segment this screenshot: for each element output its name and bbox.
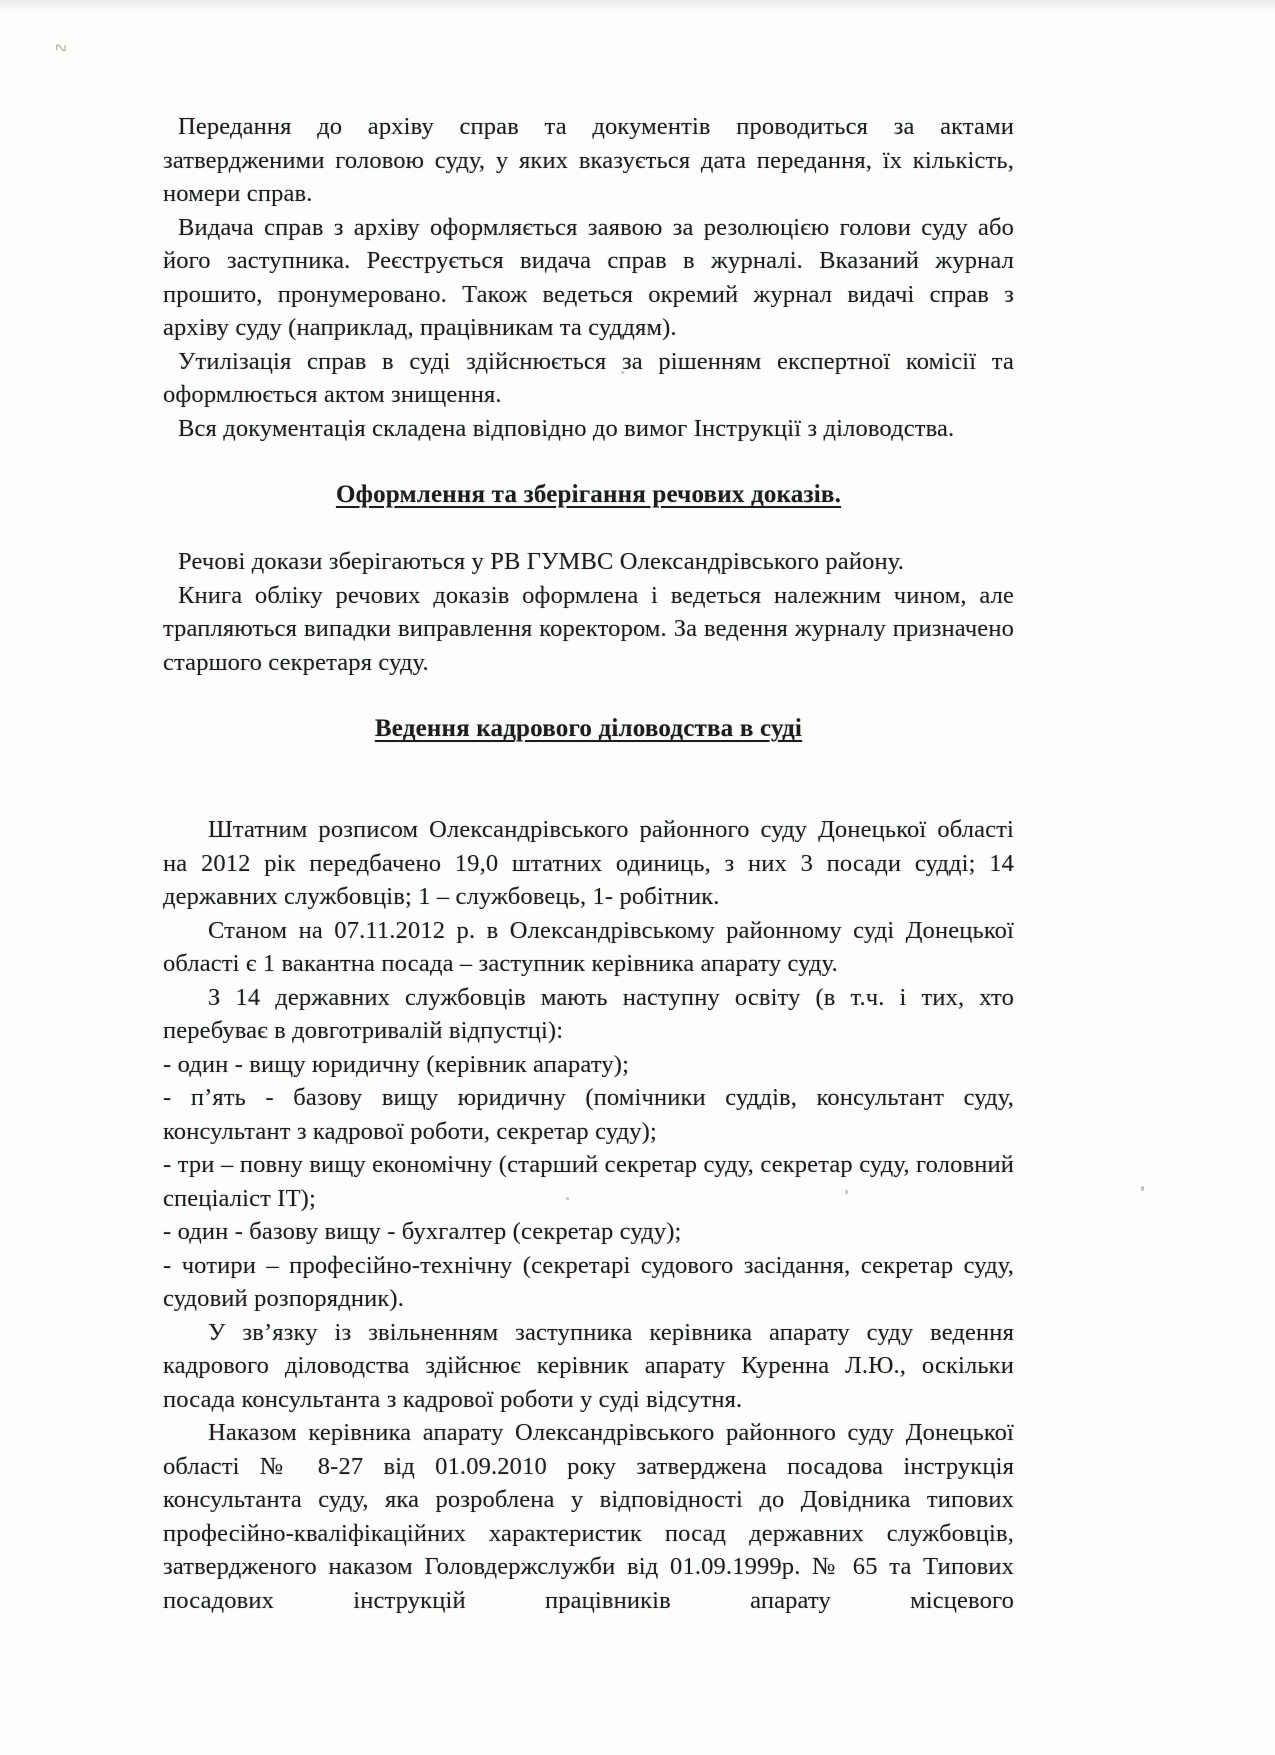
paragraph-education-intro: З 14 державних службовців мають наступну…: [163, 981, 1014, 1048]
scan-artifact-mark: ∿: [51, 36, 72, 60]
scanner-edge-shading: [0, 0, 1275, 12]
heading-evidence-section: Оформлення та зберігання речових доказів…: [163, 478, 1014, 512]
paragraph-archive-transfer: Передання до архіву справ та документів …: [163, 110, 1014, 211]
education-list-item: - чотири – професійно-технічну (секретар…: [163, 1249, 1014, 1316]
paragraph-documentation-note: Вся документація складена відповідно до …: [163, 412, 1014, 446]
document-text-block: Передання до архіву справ та документів …: [163, 110, 1014, 1617]
paragraph-case-disposal: Утилізація справ в суді здійснюється за …: [163, 345, 1014, 412]
paragraph-evidence-storage: Речові докази зберігаються у РВ ГУМВС Ол…: [163, 545, 1014, 579]
heading-hr-section: Ведення кадрового діловодства в суді: [163, 712, 1014, 746]
education-list-item: - один - вищу юридичну (керівник апарату…: [163, 1048, 1014, 1082]
paragraph-staffing-plan: Штатним розписом Олександрівського район…: [163, 813, 1014, 914]
education-list-item: - один - базову вищу - бухгалтер (секрет…: [163, 1215, 1014, 1249]
paragraph-hr-responsibility: У зв’язку із звільненням заступника кері…: [163, 1316, 1014, 1417]
education-list-item: - три – повну вищу економічну (старший с…: [163, 1148, 1014, 1215]
paragraph-vacancy-status: Станом на 07.11.2012 р. в Олександрівськ…: [163, 914, 1014, 981]
education-list-item: - п’ять - базову вищу юридичну (помічник…: [163, 1081, 1014, 1148]
scan-speck: [1140, 1186, 1144, 1192]
paragraph-evidence-book: Книга обліку речових доказів оформлена і…: [163, 579, 1014, 680]
paragraph-case-issuance: Видача справ з архіву оформляється заяво…: [163, 211, 1014, 345]
paragraph-job-instruction: Наказом керівника апарату Олександрівськ…: [163, 1416, 1014, 1617]
